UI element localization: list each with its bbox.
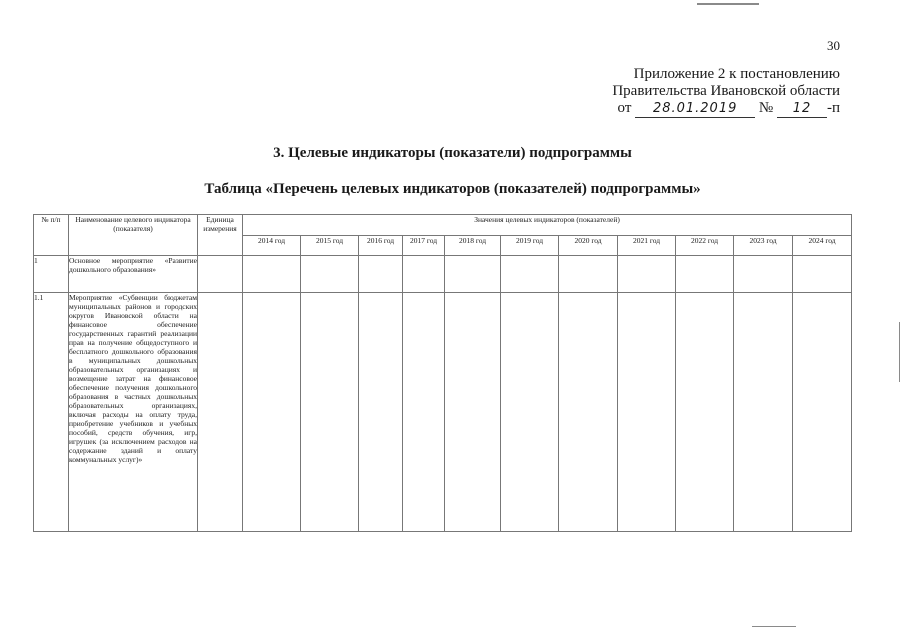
number-prefix: № [759,100,773,116]
header-year: 2018 год [445,236,501,256]
value-cell [501,293,559,532]
header-year: 2023 год [734,236,793,256]
unit-cell [198,293,243,532]
value-cell [403,256,445,293]
row-number: 1 [34,256,69,293]
header-year: 2017 год [403,236,445,256]
header-number: № п/п [34,215,69,256]
indicator-name: Основное мероприятие «Развитие дошкольно… [69,256,198,293]
appendix-line-3: от 28.01.2019 № 12-п [612,100,840,118]
value-cell [559,256,618,293]
page-number: 30 [827,38,840,54]
scan-artifact-bottom [752,626,796,627]
header-values-group: Значения целевых индикаторов (показателе… [243,215,852,236]
header-name: Наименование целевого индикатора (показа… [69,215,198,256]
value-cell [618,256,676,293]
section-title: 3. Целевые индикаторы (показатели) подпр… [0,145,905,162]
header-year: 2022 год [676,236,734,256]
scan-artifact-right [899,322,900,382]
value-cell [734,293,793,532]
value-cell [301,293,359,532]
header-year: 2021 год [618,236,676,256]
appendix-header: Приложение 2 к постановлению Правительст… [612,66,840,118]
value-cell [793,293,852,532]
resolution-date: 28.01.2019 [635,100,755,118]
value-cell [445,256,501,293]
value-cell [618,293,676,532]
value-cell [243,293,301,532]
scan-artifact-top [697,3,759,5]
value-cell [359,293,403,532]
table-body: 1Основное мероприятие «Развитие дошкольн… [34,256,852,532]
header-year: 2015 год [301,236,359,256]
header-year: 2016 год [359,236,403,256]
table-title: Таблица «Перечень целевых индикаторов (п… [0,181,905,198]
value-cell [793,256,852,293]
value-cell [301,256,359,293]
indicators-table: № п/п Наименование целевого индикатора (… [33,214,852,532]
row-number: 1.1 [34,293,69,532]
value-cell [501,256,559,293]
header-unit: Единица измерения [198,215,243,256]
value-cell [734,256,793,293]
date-prefix: от [618,100,632,116]
table-row: 1Основное мероприятие «Развитие дошкольн… [34,256,852,293]
value-cell [676,293,734,532]
appendix-line-2: Правительства Ивановской области [612,83,840,100]
header-year: 2024 год [793,236,852,256]
header-year: 2020 год [559,236,618,256]
value-cell [243,256,301,293]
number-suffix: -п [827,100,840,116]
header-year: 2019 год [501,236,559,256]
indicator-name: Мероприятие «Субвенции бюджетам муниципа… [69,293,198,532]
value-cell [559,293,618,532]
unit-cell [198,256,243,293]
appendix-line-1: Приложение 2 к постановлению [612,66,840,83]
header-year: 2014 год [243,236,301,256]
value-cell [359,256,403,293]
resolution-number: 12 [777,100,827,118]
value-cell [403,293,445,532]
table-row: 1.1Мероприятие «Субвенции бюджетам муниц… [34,293,852,532]
value-cell [445,293,501,532]
value-cell [676,256,734,293]
